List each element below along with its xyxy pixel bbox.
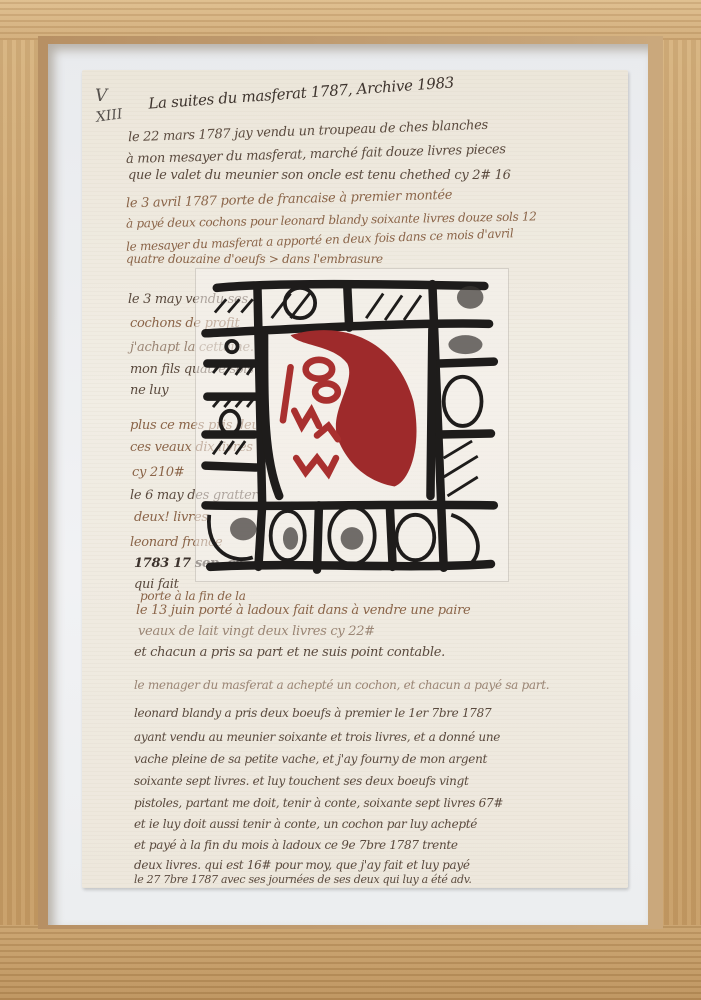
manuscript-line: ne luy	[130, 383, 168, 398]
margin-mark-v: V	[95, 86, 107, 106]
frame-top-rail	[0, 0, 701, 40]
manuscript-line: le menager du masferat a achepté un coch…	[134, 678, 549, 692]
manuscript-line: porte à la fin de la	[140, 589, 246, 603]
manuscript-line: et chacun a pris sa part et ne suis poin…	[134, 645, 445, 660]
manuscript-line: le 13 juin porté à ladoux fait dans à ve…	[136, 603, 470, 618]
etching-print	[195, 268, 509, 582]
manuscript-line: leonard blandy a pris deux boeufs à prem…	[134, 706, 491, 720]
manuscript-line: que le valet du meunier son oncle est te…	[128, 168, 511, 183]
manuscript-line: et ie luy doit aussi tenir à conte, un c…	[134, 817, 477, 831]
manuscript-line: pistoles, partant me doit, tenir à conte…	[134, 796, 503, 810]
manuscript-line: soixante sept livres. et luy touchent se…	[134, 774, 468, 788]
manuscript-line: ayant vendu au meunier soixante et trois…	[134, 730, 500, 744]
manuscript-line: le 27 7bre 1787 avec ses journées de ses…	[134, 873, 472, 886]
manuscript-line: deux livres. qui est 16# pour moy, que j…	[134, 858, 470, 872]
frame-bottom-rail	[0, 925, 701, 1000]
manuscript-line: cy 210#	[132, 465, 184, 480]
manuscript-line: et payé à la fin du mois à ladoux ce 9e …	[134, 838, 458, 852]
abstract-etching-artwork	[196, 269, 508, 581]
manuscript-line: quatre douzaine d'oeufs > dans l'embrasu…	[126, 252, 383, 266]
manuscript-line: vache pleine de sa petite vache, et j'ay…	[134, 752, 487, 766]
manuscript-line: veaux de lait vingt deux livres cy 22#	[138, 624, 375, 639]
